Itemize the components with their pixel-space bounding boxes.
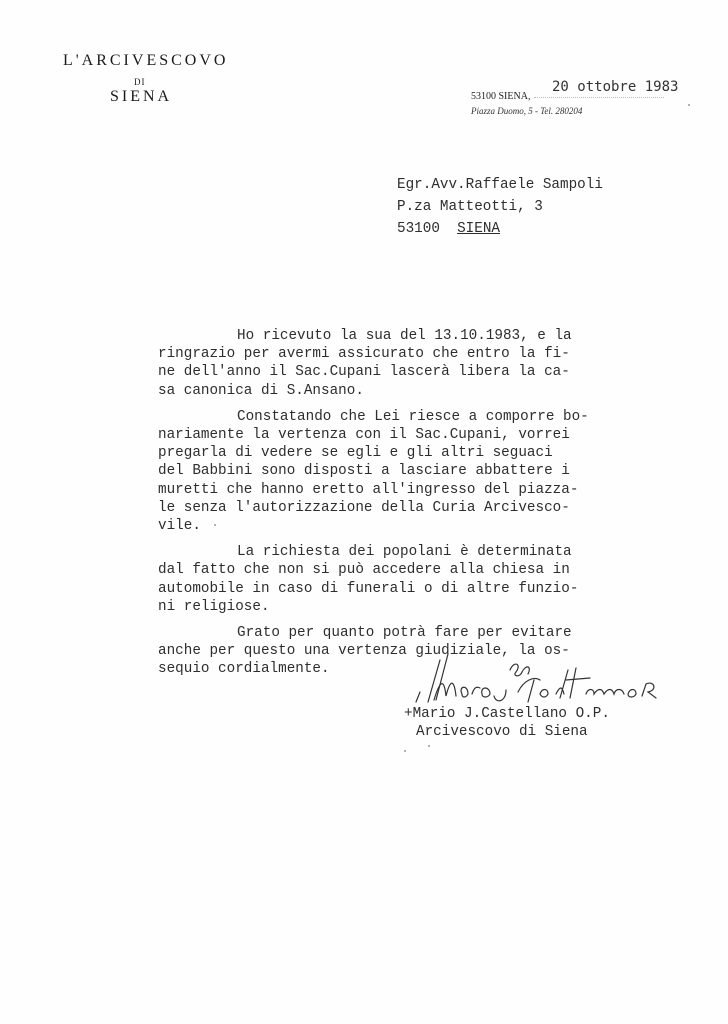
body-line: vile. bbox=[158, 517, 618, 535]
body-line: sa canonica di S.Ansano. bbox=[158, 382, 618, 400]
handwritten-signature bbox=[410, 650, 680, 710]
body-line: La richiesta dei popolani è determinata bbox=[158, 543, 618, 561]
body-line: le senza l'autorizzazione della Curia Ar… bbox=[158, 499, 618, 517]
letterhead-title: L'ARCIVESCOVO bbox=[63, 52, 228, 70]
body-line: automobile in caso di funerali o di altr… bbox=[158, 580, 618, 598]
signatory-title: Arcivescovo di Siena bbox=[416, 724, 588, 740]
body-line: ringrazio per avermi assicurato che entr… bbox=[158, 345, 618, 363]
body-paragraph: Ho ricevuto la sua del 13.10.1983, e lar… bbox=[158, 327, 618, 400]
recipient-postcode: 53100 bbox=[397, 221, 440, 237]
body-line: Ho ricevuto la sua del 13.10.1983, e la bbox=[158, 327, 618, 345]
body-line: Grato per quanto potrà fare per evitare bbox=[158, 624, 618, 642]
letterhead-city: SIENA bbox=[110, 88, 172, 106]
body-line: del Babbini sono disposti a lasciare abb… bbox=[158, 462, 618, 480]
letter-page: L'ARCIVESCOVO DI SIENA 53100 SIENA, Piaz… bbox=[0, 0, 728, 1024]
sender-city: 53100 SIENA, bbox=[471, 91, 530, 102]
recipient-city: SIENA bbox=[457, 221, 500, 237]
body-line: pregarla di vedere se egli e gli altri s… bbox=[158, 444, 618, 462]
recipient-name: Egr.Avv.Raffaele Sampoli bbox=[397, 174, 603, 196]
body-line: ne dell'anno il Sac.Cupani lascerà liber… bbox=[158, 363, 618, 381]
signatory-name: +Mario J.Castellano O.P. bbox=[404, 704, 610, 724]
sender-street: Piazza Duomo, 5 - Tel. 280204 bbox=[471, 106, 582, 116]
recipient-block: Egr.Avv.Raffaele Sampoli P.za Matteotti,… bbox=[397, 174, 603, 240]
body-line: ni religiose. bbox=[158, 598, 618, 616]
date-dotted-line bbox=[534, 97, 664, 98]
body-line: Constatando che Lei riesce a comporre bo… bbox=[158, 408, 618, 426]
letter-body: Ho ricevuto la sua del 13.10.1983, e lar… bbox=[158, 327, 618, 687]
letter-date: 20 ottobre 1983 bbox=[552, 79, 678, 95]
scan-speck bbox=[688, 104, 690, 106]
body-line: muretti che hanno eretto all'ingresso de… bbox=[158, 481, 618, 499]
body-paragraph: Constatando che Lei riesce a comporre bo… bbox=[158, 408, 618, 535]
body-paragraph: La richiesta dei popolani è determinatad… bbox=[158, 543, 618, 616]
body-line: nariamente la vertenza con il Sac.Cupani… bbox=[158, 426, 618, 444]
scan-speck bbox=[428, 745, 430, 747]
letterhead-di: DI bbox=[134, 77, 146, 87]
scan-speck bbox=[404, 750, 406, 752]
recipient-street: P.za Matteotti, 3 bbox=[397, 196, 603, 218]
scan-speck bbox=[214, 524, 216, 526]
recipient-city-line: 53100 SIENA bbox=[397, 218, 603, 240]
body-line: dal fatto che non si può accedere alla c… bbox=[158, 561, 618, 579]
